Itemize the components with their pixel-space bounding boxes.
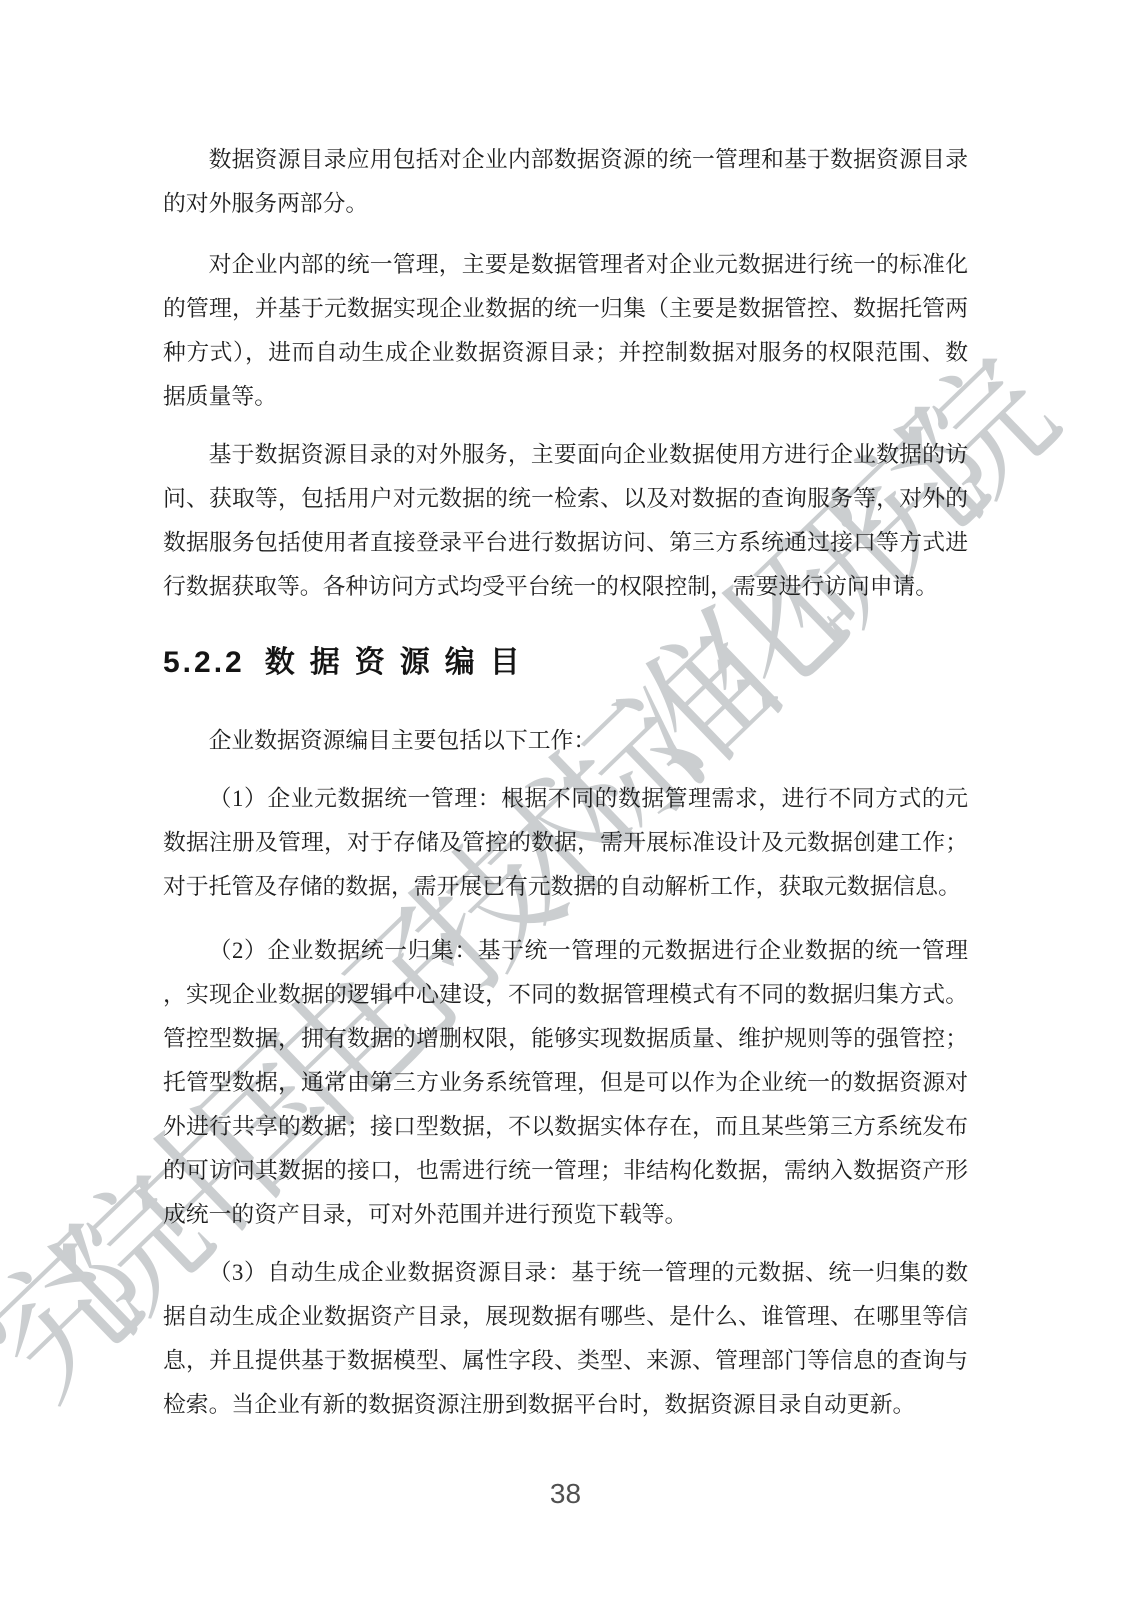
page-number: 38 [0,1478,1131,1510]
paragraph-4: 企业数据资源编目主要包括以下工作： [163,719,968,763]
paragraph-3: 基于数据资源目录的对外服务，主要面向企业数据使用方进行企业数据的访问、获取等，包… [163,433,968,609]
document-page: 究院中国电子技术标准化研究院 数据资源目录应用包括对企业内部数据资源的统一管理和… [0,0,1131,1600]
paragraph-6: （2）企业数据统一归集：基于统一管理的元数据进行企业数据的统一管理，实现企业数据… [163,929,968,1237]
paragraph-2: 对企业内部的统一管理，主要是数据管理者对企业元数据进行统一的标准化的管理，并基于… [163,243,968,419]
section-heading-number: 5.2.2 [163,646,245,679]
section-heading-title: 数据资源编目 [265,646,535,679]
text-block: 数据资源目录应用包括对企业内部数据资源的统一管理和基于数据资源目录的对外服务两部… [163,0,968,1427]
section-heading: 5.2.2数据资源编目 [163,643,968,683]
paragraph-1: 数据资源目录应用包括对企业内部数据资源的统一管理和基于数据资源目录的对外服务两部… [163,138,968,226]
paragraph-7: （3）自动生成企业数据资源目录：基于统一管理的元数据、统一归集的数据自动生成企业… [163,1251,968,1427]
paragraph-5: （1）企业元数据统一管理：根据不同的数据管理需求，进行不同方式的元数据注册及管理… [163,777,968,909]
